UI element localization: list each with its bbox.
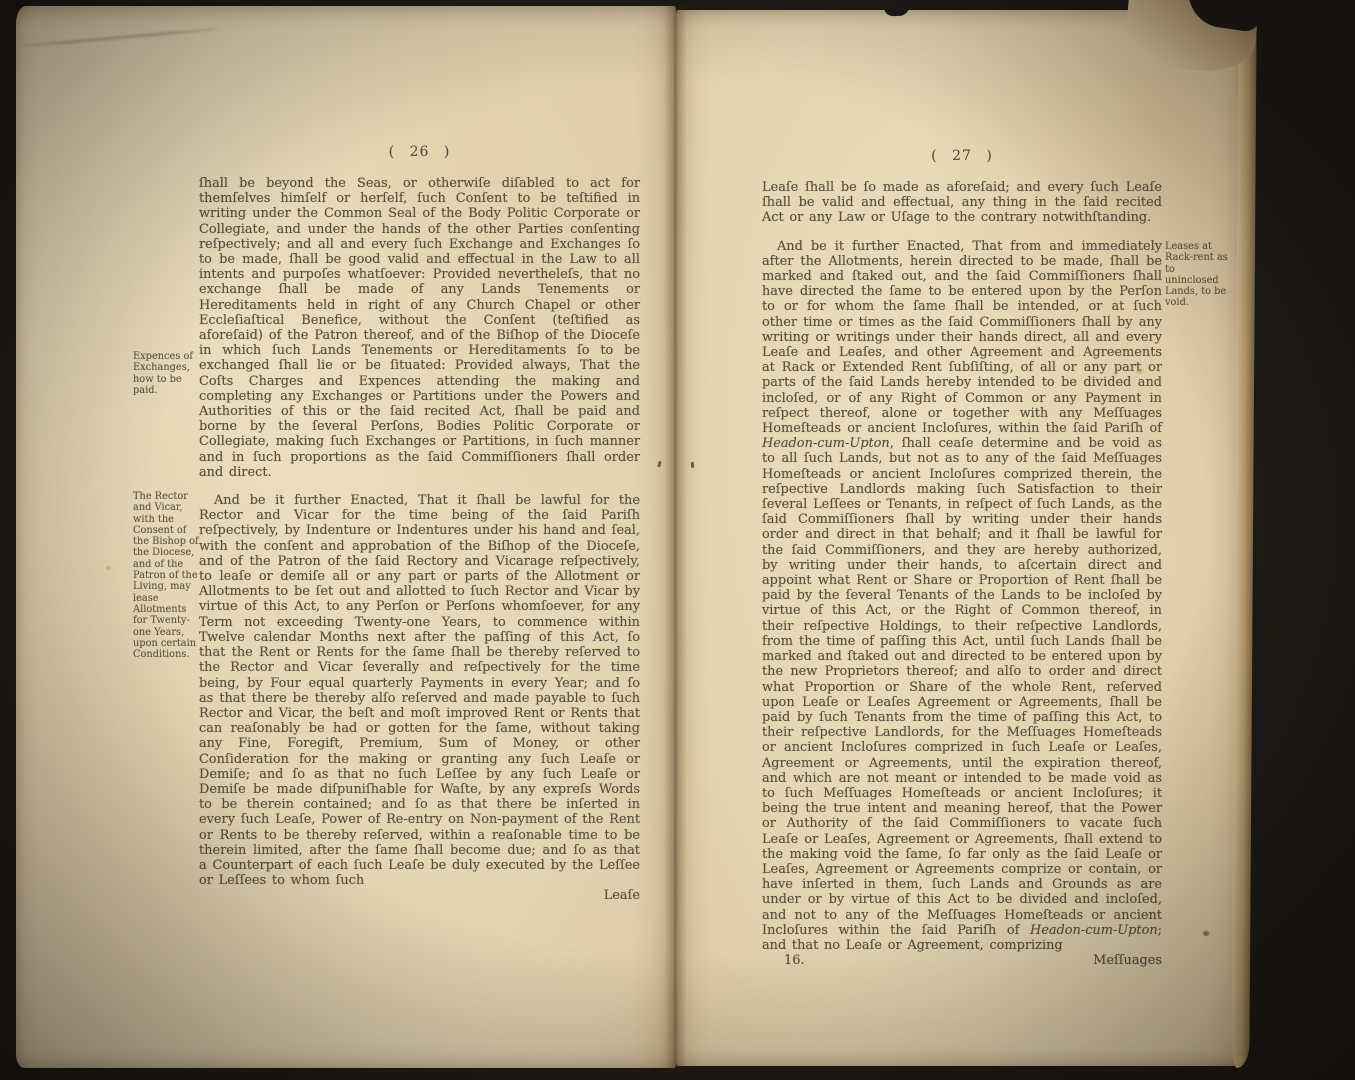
paragraph-lease-valid: Leaſe ſhall be ſo made as aforeſaid; and… bbox=[762, 180, 1162, 226]
paragraph-rector-lease: And be it further Enacted, That it ſhall… bbox=[199, 493, 640, 888]
page-right: ( 27 ) Leases at Rack-rent as to uninclo… bbox=[676, 10, 1246, 1066]
page-deckle-edge-left bbox=[5, 14, 24, 1060]
photo-backdrop: { "colors": { "paper": "#e6d8b6", "ink":… bbox=[0, 0, 1355, 1080]
margin-note-rector-vicar: The Rector and Vicar, with the Consent o… bbox=[133, 491, 199, 660]
page-left: ( 26 ) Expences of Exchanges, how to be … bbox=[16, 6, 676, 1068]
margin-note-expences: Expences of Exchanges, how to be paid. bbox=[133, 351, 199, 396]
paragraph-exchange-expences: ſhall be beyond the Seas, or otherwiſe d… bbox=[199, 176, 640, 480]
page-number-right: ( 27 ) bbox=[762, 148, 1162, 164]
paragraph-allotments-leases: And be it further Enacted, That from and… bbox=[762, 239, 1162, 954]
page-deckle-edge-right bbox=[1231, 8, 1256, 1068]
page-footer: 16. Meſſuages bbox=[762, 953, 1162, 968]
margin-note-leases: Leases at Rack-rent as to uninclosed Lan… bbox=[1165, 241, 1231, 309]
edge-notch bbox=[884, 5, 910, 17]
text-block-left: ſhall be beyond the Seas, or otherwiſe d… bbox=[199, 176, 640, 904]
ink-mark bbox=[691, 462, 694, 468]
ink-mark bbox=[657, 461, 661, 467]
page-crease bbox=[20, 27, 220, 47]
foxing-spot bbox=[1203, 931, 1209, 936]
signature-mark: 16. bbox=[762, 953, 805, 968]
foxing-spot bbox=[1136, 368, 1143, 374]
foxing-spot bbox=[106, 566, 111, 570]
foxing-spot bbox=[316, 336, 320, 340]
page-number-left: ( 26 ) bbox=[199, 144, 640, 160]
book-gutter bbox=[663, 4, 687, 1072]
text-block-right: Leaſe ſhall be ſo made as aforeſaid; and… bbox=[762, 180, 1162, 968]
catchword-right: Meſſuages bbox=[1093, 953, 1162, 968]
catchword-left: Leaſe bbox=[199, 888, 640, 903]
